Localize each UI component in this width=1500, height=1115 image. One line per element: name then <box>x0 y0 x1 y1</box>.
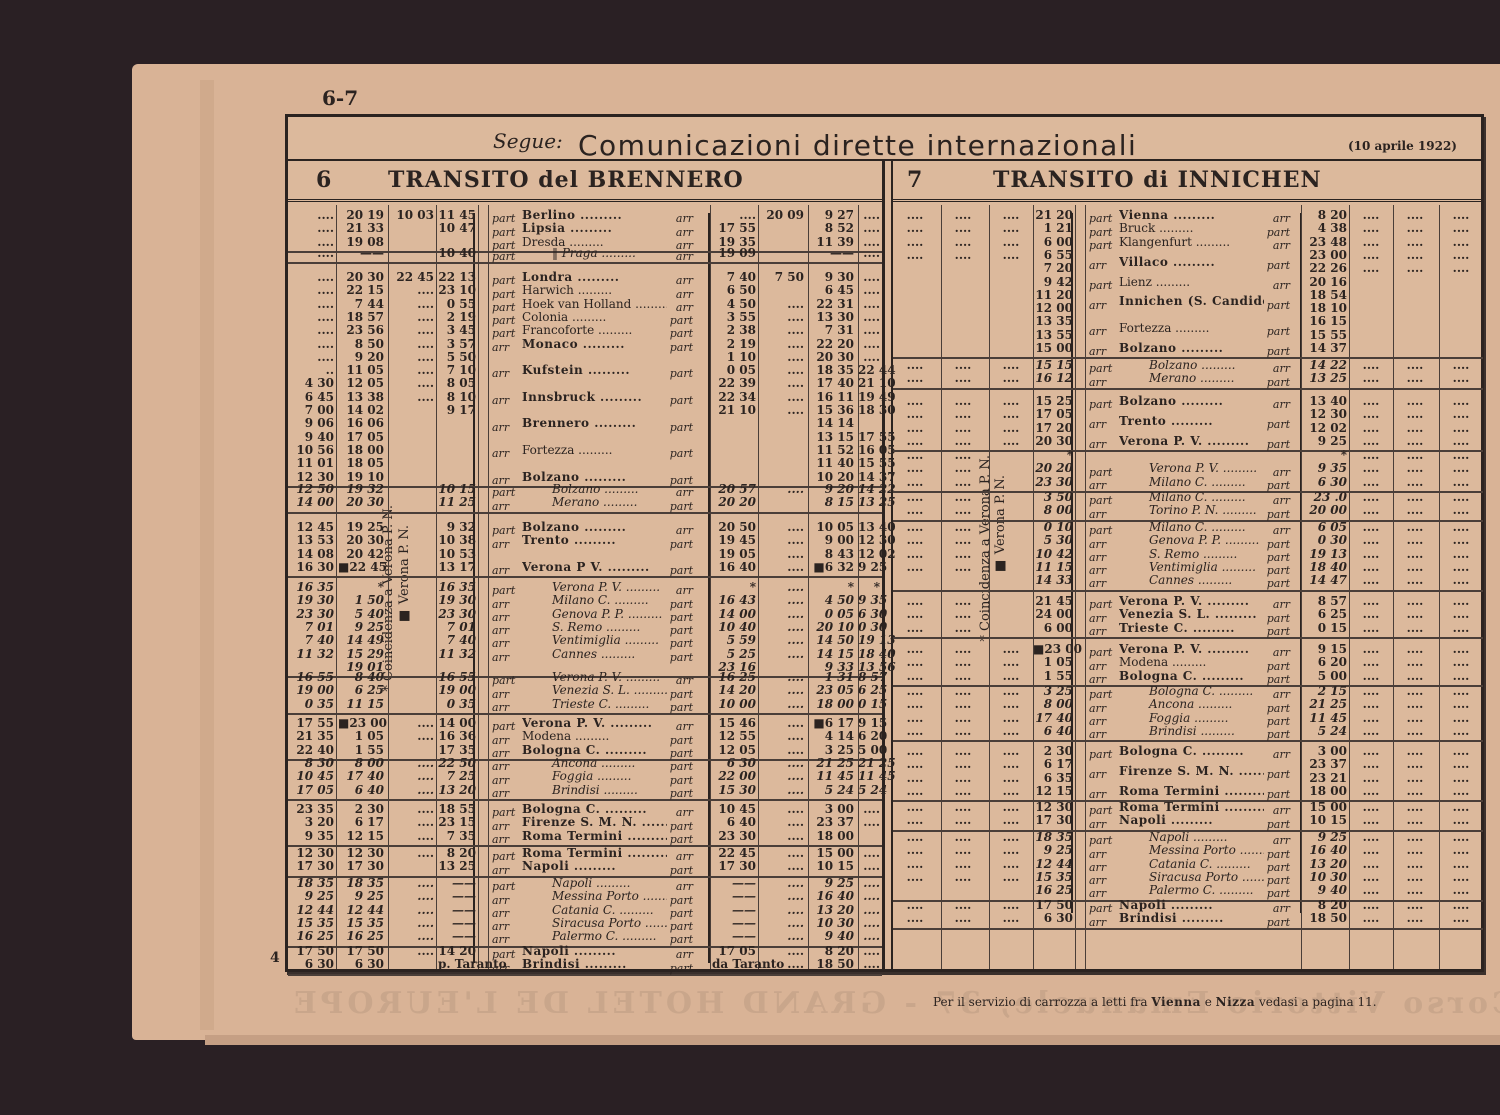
time-cell: * <box>338 581 384 594</box>
empty-cell: .... <box>1351 491 1391 504</box>
time-cell: 9 40 <box>810 930 854 943</box>
time-cell: .... <box>760 945 804 958</box>
empty-cell: .... <box>1441 236 1481 249</box>
time-cell: 2 19 <box>712 338 756 351</box>
station-name: Brindisi ......... <box>1119 912 1264 925</box>
station-name: Napoli ......... <box>522 860 667 873</box>
time-cell: 16 43 <box>712 594 756 607</box>
time-cell: 23 37 <box>1303 758 1347 771</box>
time-cell: 16 40 <box>1303 844 1347 857</box>
time-cell: .... <box>760 391 804 404</box>
empty-cell: .... <box>1395 262 1435 275</box>
time-cell: .... <box>390 830 434 843</box>
empty-cell: .... <box>991 831 1031 844</box>
empty-cell: .... <box>943 801 983 814</box>
time-cell: .... <box>390 351 434 364</box>
time-cell: 13 35 <box>1033 315 1073 328</box>
empty-cell: .... <box>1395 372 1435 385</box>
station-row: arrBrindisi .........part <box>492 958 693 975</box>
empty-cell: .... <box>1395 712 1435 725</box>
arr-part-label: arr <box>492 564 522 577</box>
station-name: Kufstein ......... <box>522 364 667 377</box>
empty-cell: .... <box>991 359 1031 372</box>
column-divider <box>478 205 479 969</box>
time-cell: 6 00 <box>1033 236 1073 249</box>
time-cell: .... <box>760 803 804 816</box>
time-cell: 3 45 <box>438 324 476 337</box>
station-name: Ventimiglia ......... <box>1119 561 1264 574</box>
station-name: Milano C. ......... <box>1119 521 1264 534</box>
station-name: Brennero ......... <box>522 417 667 430</box>
station-row: arrTrieste C. .........part <box>1089 622 1290 639</box>
empty-cell: .... <box>1441 449 1481 462</box>
station-name: Klangenfurt ......... <box>1119 236 1264 249</box>
time-cell: 2 38 <box>712 324 756 337</box>
empty-cell: .... <box>943 772 983 785</box>
time-cell: 3 57 <box>438 338 476 351</box>
time-cell: .... <box>760 890 804 903</box>
empty-cell: .... <box>1395 521 1435 534</box>
time-cell: 16 30 <box>290 561 334 574</box>
empty-cell: .... <box>1351 831 1391 844</box>
empty-cell: .... <box>991 249 1031 262</box>
station-name: Trento ......... <box>1119 415 1264 428</box>
time-cell: .... <box>858 803 880 816</box>
time-cell: 12 30 <box>1033 801 1073 814</box>
empty-cell: .... <box>1395 561 1435 574</box>
time-cell: .... <box>390 930 434 943</box>
station-row: partBolzano .........arr <box>1089 395 1290 412</box>
station-name: Brindisi ......... <box>1119 725 1264 738</box>
time-cell: 19 00 <box>438 684 476 697</box>
station-name: Innsbruck ......... <box>522 391 667 404</box>
time-cell: 9 06 <box>290 417 334 430</box>
empty-cell: .... <box>943 561 983 574</box>
time-cell: 21 35 <box>290 730 334 743</box>
empty-cell: .... <box>991 643 1031 656</box>
time-cell: 8 20 <box>1303 899 1347 912</box>
station-name: Bolzano ......... <box>522 521 667 534</box>
time-cell: 3 00 <box>1303 745 1347 758</box>
station-row: arrTrieste C. .........part <box>492 698 693 715</box>
time-cell: 14 14 <box>810 417 854 430</box>
arr-part-label: part <box>667 500 693 513</box>
time-cell: 22 44 <box>858 364 880 377</box>
time-cell: 15 35 <box>1033 871 1073 884</box>
time-cell: 16 25 <box>1033 884 1073 897</box>
station-name: Siracusa Porto ......... <box>1119 871 1264 884</box>
time-cell: 18 00 <box>810 830 854 843</box>
time-cell: .... <box>390 377 434 390</box>
time-cell: 22 45 <box>390 271 434 284</box>
time-cell: .... <box>760 338 804 351</box>
time-cell: 1 55 <box>1033 670 1073 683</box>
time-cell: .... <box>760 816 804 829</box>
time-cell: .... <box>858 917 880 930</box>
time-cell: 23 30 <box>438 608 476 621</box>
empty-cell: .... <box>1441 725 1481 738</box>
time-cell: ■23 00 <box>1033 643 1073 656</box>
time-cell: 5 00 <box>1303 670 1347 683</box>
station-name: Firenze S. M. N. ......... <box>522 816 667 829</box>
empty-cell: .... <box>991 785 1031 798</box>
time-cell: .... <box>390 364 434 377</box>
time-cell: 17 05 <box>290 784 334 797</box>
time-cell: 17 35 <box>438 744 476 757</box>
time-cell: 17 05 <box>338 431 384 444</box>
time-cell: .... <box>290 351 334 364</box>
station-row: arrNapoli .........part <box>1089 814 1290 831</box>
empty-cell: .... <box>1441 643 1481 656</box>
column-divider <box>941 205 942 969</box>
empty-cell: .... <box>895 871 935 884</box>
arr-part-label: part <box>667 447 693 460</box>
time-cell: 9 25 <box>290 890 334 903</box>
empty-cell: .... <box>1395 574 1435 587</box>
time-cell: 14 22 <box>858 483 880 496</box>
time-cell: 22 20 <box>810 338 854 351</box>
arr-part-label: arr <box>1089 508 1119 521</box>
empty-cell: .... <box>943 622 983 635</box>
time-cell: .... <box>858 877 880 890</box>
time-cell: .... <box>760 698 804 711</box>
station-name: Catania C. ......... <box>522 904 667 917</box>
arr-part-label: arr <box>1089 438 1119 451</box>
station-row: arrMilano C. .........part <box>1089 476 1290 493</box>
station-row: arrCannes .........part <box>1089 574 1290 591</box>
empty-cell: .... <box>1441 912 1481 925</box>
column-divider <box>710 205 711 969</box>
time-cell: 7 35 <box>438 830 476 843</box>
time-cell: .... <box>858 958 880 971</box>
time-cell: 12 30 <box>1303 408 1347 421</box>
station-name: Palermo C. ......... <box>522 930 667 943</box>
station-name: Harwich ......... <box>522 284 667 297</box>
time-cell: 11 40 <box>810 457 854 470</box>
time-cell: .... <box>760 608 804 621</box>
column-divider <box>808 205 809 969</box>
time-cell: 23 05 <box>810 684 854 697</box>
section-7-innichen: 7 TRANSITO di INNICHEN * Coincidenza a V… <box>891 159 1483 969</box>
empty-cell: .... <box>1441 491 1481 504</box>
arr-part-label: part <box>1264 325 1290 338</box>
arr-part-label: arr <box>492 367 522 380</box>
empty-cell: .... <box>1351 758 1391 771</box>
time-cell: 23 .0 <box>1303 491 1347 504</box>
empty-cell: .... <box>991 725 1031 738</box>
time-cell: 9 25 <box>1033 844 1073 857</box>
station-name: Ancona ......... <box>522 757 667 770</box>
empty-cell: .... <box>1395 899 1435 912</box>
arr-part-label: arr <box>1264 239 1290 252</box>
time-cell: 6 17 <box>338 816 384 829</box>
time-cell: .... <box>858 904 880 917</box>
station-name: Verona P V. ......... <box>522 561 667 574</box>
time-cell: 21 25 <box>810 757 854 770</box>
time-cell: 18 54 <box>1303 289 1347 302</box>
time-cell: 9 15 <box>1303 643 1347 656</box>
time-cell: 17 30 <box>712 860 756 873</box>
time-cell: 12 15 <box>1033 785 1073 798</box>
empty-cell: .... <box>1395 476 1435 489</box>
time-cell: 8 57 <box>858 671 880 684</box>
time-cell: .... <box>390 757 434 770</box>
time-cell: 12 45 <box>290 521 334 534</box>
time-cell: 14 02 <box>338 404 384 417</box>
empty-cell: .... <box>895 772 935 785</box>
empty-cell: .... <box>991 222 1031 235</box>
time-cell: 22 45 <box>712 847 756 860</box>
time-cell: .... <box>760 830 804 843</box>
empty-cell: .... <box>991 858 1031 871</box>
station-name: Verona P. V. ......... <box>1119 435 1264 448</box>
empty-cell: .... <box>1441 656 1481 669</box>
empty-cell: .... <box>991 912 1031 925</box>
station-row: arrBrindisi .........part <box>1089 725 1290 742</box>
time-cell: 19 30 <box>438 594 476 607</box>
time-cell: 15 55 <box>1303 329 1347 342</box>
station-name: Bologna C. ......... <box>1119 670 1264 683</box>
time-cell: 11 45 <box>858 770 880 783</box>
time-cell: .... <box>760 521 804 534</box>
empty-cell: .... <box>1441 831 1481 844</box>
time-cell: .... <box>290 298 334 311</box>
station-name: Roma Termini ......... <box>1119 801 1264 814</box>
time-cell: 12 44 <box>338 904 384 917</box>
header-prefix: Segue: <box>493 129 563 153</box>
empty-cell: .... <box>1395 462 1435 475</box>
time-cell: 7 31 <box>810 324 854 337</box>
time-cell: .... <box>858 847 880 860</box>
time-cell: 8 20 <box>438 847 476 860</box>
time-cell: 0 55 <box>438 298 476 311</box>
arr-part-label: part <box>667 651 693 664</box>
time-cell: 6 30 <box>1033 912 1073 925</box>
time-cell: 11 05 <box>338 364 384 377</box>
empty-cell: .... <box>1395 608 1435 621</box>
arr-part-label: part <box>1264 577 1290 590</box>
time-cell: 14 00 <box>438 717 476 730</box>
time-cell: —— <box>712 877 756 890</box>
time-cell: 3 25 <box>1033 685 1073 698</box>
time-cell: 13 20 <box>438 784 476 797</box>
time-cell: 12 55 <box>712 730 756 743</box>
time-cell: 7 40 <box>712 271 756 284</box>
empty-cell: .... <box>1351 698 1391 711</box>
time-cell: .... <box>858 222 880 235</box>
station-row: arrBrindisi .........part <box>1089 912 1290 929</box>
time-cell: 5 50 <box>438 351 476 364</box>
time-cell: 1 21 <box>1033 222 1073 235</box>
empty-cell: .... <box>895 814 935 827</box>
time-cell: 0 05 <box>810 608 854 621</box>
empty-cell: .... <box>1395 222 1435 235</box>
station-name: Ancona ......... <box>1119 698 1264 711</box>
empty-cell: .... <box>943 858 983 871</box>
time-cell: 5 59 <box>712 634 756 647</box>
station-name: Bolzano ......... <box>1119 395 1264 408</box>
time-cell: 13 17 <box>438 561 476 574</box>
time-cell: 16 40 <box>712 561 756 574</box>
time-cell: 9 25 <box>338 890 384 903</box>
arr-part-label: arr <box>1089 788 1119 801</box>
empty-cell: .... <box>1441 372 1481 385</box>
time-cell: 9 20 <box>338 351 384 364</box>
empty-cell: .... <box>1351 844 1391 857</box>
empty-cell: .... <box>943 408 983 421</box>
empty-cell: .... <box>895 395 935 408</box>
empty-cell: .... <box>895 359 935 372</box>
empty-cell: .... <box>1441 685 1481 698</box>
time-cell: 20 30 <box>810 351 854 364</box>
time-cell: .... <box>390 847 434 860</box>
time-cell: 8 00 <box>1033 504 1073 517</box>
station-row: arrMerano .........part <box>1089 372 1290 389</box>
empty-cell: .... <box>943 725 983 738</box>
arr-part-label: part <box>1264 376 1290 389</box>
station-name: Francoforte ......... <box>522 324 667 337</box>
empty-cell: .... <box>1351 608 1391 621</box>
time-cell: 7 01 <box>290 621 334 634</box>
empty-cell: .... <box>943 685 983 698</box>
empty-cell: .... <box>895 435 935 448</box>
empty-cell: .... <box>895 643 935 656</box>
empty-cell: .... <box>991 422 1031 435</box>
empty-cell: .... <box>1395 249 1435 262</box>
empty-cell: .... <box>895 785 935 798</box>
station-name: Napoli ......... <box>522 877 667 890</box>
station-name: Lienz ......... <box>1119 276 1264 289</box>
empty-cell: .... <box>1441 858 1481 871</box>
column-divider <box>388 205 389 969</box>
time-cell: 10 56 <box>290 444 334 457</box>
time-cell: 10 05 <box>810 521 854 534</box>
empty-cell: .... <box>1441 884 1481 897</box>
time-cell: 10 45 <box>290 770 334 783</box>
time-cell: —— <box>712 904 756 917</box>
empty-cell: .... <box>943 844 983 857</box>
station-name: S. Remo ......... <box>1119 548 1264 561</box>
time-cell: .... <box>760 770 804 783</box>
time-cell: 8 00 <box>338 757 384 770</box>
time-cell: 2 19 <box>438 311 476 324</box>
time-cell: .... <box>760 364 804 377</box>
empty-cell: .... <box>1351 712 1391 725</box>
time-cell: .... <box>858 890 880 903</box>
time-cell: 14 00 <box>712 608 756 621</box>
time-cell: 6 30 <box>1303 476 1347 489</box>
empty-cell: .... <box>1351 725 1391 738</box>
arr-part-label: arr <box>492 447 522 460</box>
arr-part-label: part <box>1264 299 1290 312</box>
time-cell: 11 45 <box>438 209 476 222</box>
time-cell: .... <box>760 311 804 324</box>
time-cell: .... <box>760 377 804 390</box>
empty-cell: .... <box>1395 491 1435 504</box>
time-cell: 0 35 <box>290 698 334 711</box>
time-cell: 20 09 <box>760 209 804 222</box>
time-cell: 17 50 <box>1033 899 1073 912</box>
time-cell: .... <box>858 930 880 943</box>
time-cell: 11 01 <box>290 457 334 470</box>
section-number: 6 <box>316 167 331 193</box>
station-name: Bolzano ......... <box>1119 342 1264 355</box>
time-cell: 17 55 <box>290 717 334 730</box>
arr-part-label: part <box>1089 748 1119 761</box>
time-cell: 19 25 <box>338 521 384 534</box>
empty-cell: .... <box>1351 858 1391 871</box>
station-name: Bologna C. ......... <box>522 803 667 816</box>
empty-cell: .... <box>1395 685 1435 698</box>
time-cell: .... <box>760 594 804 607</box>
time-cell: 9 35 <box>1303 462 1347 475</box>
time-cell: 19 09 <box>712 247 756 260</box>
time-cell: .... <box>390 904 434 917</box>
station-row: arrBologna C. .........part <box>1089 670 1290 687</box>
time-cell: 12 30 <box>338 847 384 860</box>
time-cell: 9 17 <box>438 404 476 417</box>
station-row: arrTrento .........part <box>1089 415 1290 432</box>
time-cell: .... <box>390 816 434 829</box>
time-cell: 7 20 <box>1033 262 1073 275</box>
column-divider <box>989 205 990 969</box>
empty-cell: .... <box>1441 408 1481 421</box>
station-name: Modena ......... <box>1119 656 1264 669</box>
time-cell: 18 55 <box>438 803 476 816</box>
time-cell: 20 30 <box>338 534 384 547</box>
station-row: arrKufstein .........part <box>492 364 693 381</box>
arr-part-label: arr <box>492 962 522 975</box>
time-cell: 2 30 <box>338 803 384 816</box>
empty-cell: .... <box>1395 725 1435 738</box>
time-cell: 17 50 <box>338 945 384 958</box>
time-cell: 15 30 <box>712 784 756 797</box>
time-cell: 22 50 <box>438 757 476 770</box>
time-cell: 6 30 <box>338 958 384 971</box>
time-cell: 11 45 <box>1303 712 1347 725</box>
time-cell: .... <box>858 311 880 324</box>
arr-part-label: part <box>1264 418 1290 431</box>
station-name: Verona P. V. ......... <box>1119 595 1264 608</box>
time-cell: .... <box>760 730 804 743</box>
time-cell: 23 21 <box>1303 772 1347 785</box>
time-cell: 21 10 <box>712 404 756 417</box>
time-cell: .... <box>760 404 804 417</box>
empty-cell: .... <box>1395 758 1435 771</box>
station-name: Roma Termini ......... <box>522 847 667 860</box>
arr-part-label: part <box>1264 625 1290 638</box>
time-cell: .... <box>858 284 880 297</box>
page-bottom-edge <box>205 1035 1500 1045</box>
empty-cell: .... <box>1351 745 1391 758</box>
time-cell: .... <box>290 338 334 351</box>
empty-cell: .... <box>1395 785 1435 798</box>
time-cell: 22 00 <box>712 770 756 783</box>
time-cell: 16 25 <box>290 930 334 943</box>
time-cell: .... <box>760 548 804 561</box>
time-cell: ■6 17 <box>810 717 854 730</box>
time-cell: 17 05 <box>712 945 756 958</box>
empty-cell: .... <box>895 844 935 857</box>
empty-cell: .... <box>1351 548 1391 561</box>
time-cell: 0 30 <box>1303 534 1347 547</box>
station-name: Genova P. P. ......... <box>1119 534 1264 547</box>
time-cell: 19 13 <box>1303 548 1347 561</box>
time-cell: 15 55 <box>858 457 880 470</box>
time-cell: .... <box>390 917 434 930</box>
time-cell: 8 00 <box>1033 698 1073 711</box>
time-cell: 13 20 <box>810 904 854 917</box>
